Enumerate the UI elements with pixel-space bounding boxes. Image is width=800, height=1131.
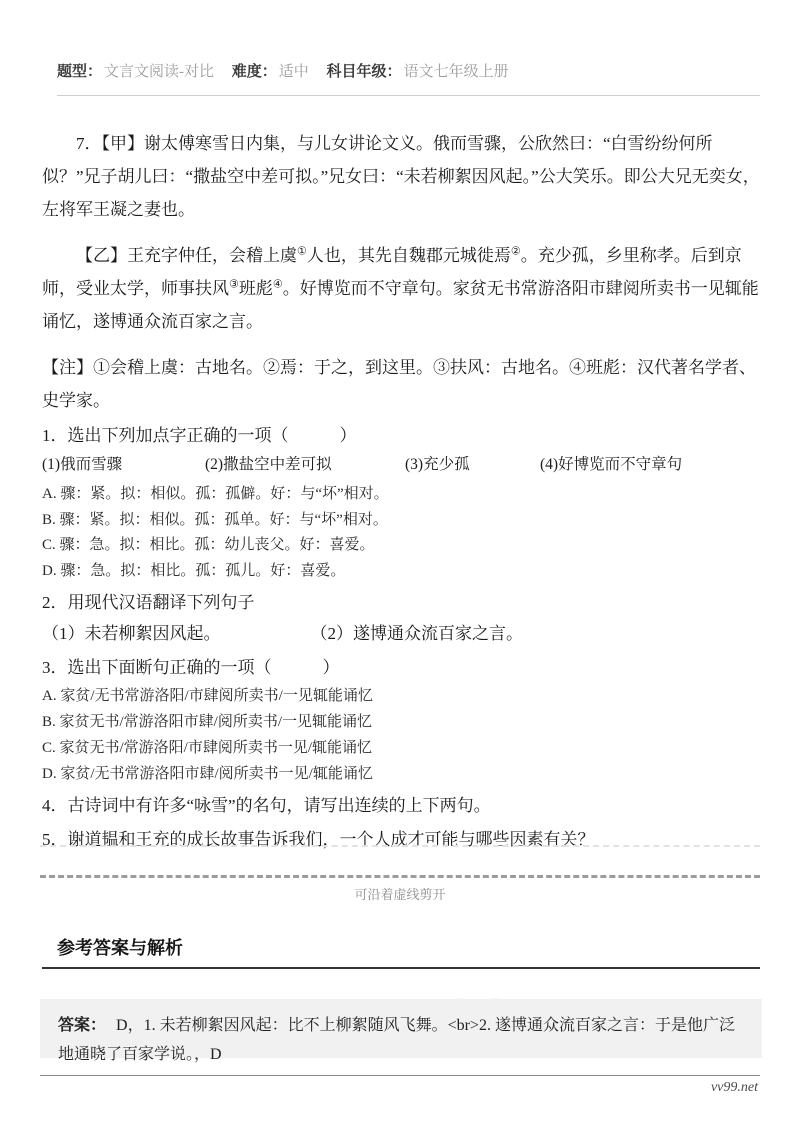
meta-label: 科目年级：: [327, 64, 402, 80]
question-5: 5．谢道韫和王充的成长故事告诉我们，一个人成才可能与哪些因素有关？: [42, 824, 760, 855]
question-2-title: 2．用现代汉语翻译下列句子: [42, 587, 760, 618]
question-1-title: 1．选出下列加点字正确的一项（ ）: [42, 420, 760, 451]
answers-divider: [42, 967, 760, 969]
meta-label: 难度：: [232, 64, 277, 80]
worksheet-page: 题型：文言文阅读-对比 难度：适中 科目年级：语文七年级上册 7．【甲】谢太傅寒…: [0, 0, 800, 1131]
header-divider: [57, 95, 760, 96]
meta-subject-grade: 科目年级：语文七年级上册: [327, 64, 509, 80]
passage-yi-text: 人也，其先自魏郡元城徙焉: [307, 246, 511, 265]
footer-site-name: vv99.net: [711, 1079, 758, 1097]
passage-jia: 7．【甲】谢太傅寒雪日内集，与儿女讲论文义。俄而雪骤，公欣然曰：“白雪纷纷何所似…: [42, 127, 760, 226]
q3-option-d: D. 家贫/无书常游洛阳市肆/阅所卖书一见/辄能诵忆: [42, 761, 760, 787]
footnote-ref-4: ④: [273, 278, 283, 290]
q3-option-a: A. 家贫/无书常游洛阳/市肆阅所卖书/一见辄能诵忆: [42, 683, 760, 709]
q2-sentence-1: （1）未若柳絮因风起。: [42, 618, 221, 649]
question-4: 4．古诗词中有许多“咏雪”的名句，请写出连续的上下两句。: [42, 790, 760, 821]
cut-dashed-line-light: [40, 845, 760, 847]
meta-value: 语文七年级上册: [404, 64, 509, 80]
q1-option-d: D. 骤：急。拟：相比。孤：孤儿。好：喜爱。: [42, 559, 760, 585]
meta-value: 文言文阅读-对比: [104, 64, 214, 80]
question-1-phrases: (1)俄而雪骤 (2)撒盐空中差可拟 (3)充少孤 (4)好博览而不守章句: [42, 451, 760, 479]
meta-value: 适中: [279, 64, 309, 80]
passage-notes: 【注】①会稽上虞：古地名。②焉：于之，到这里。③扶风：古地名。④班彪：汉代著名学…: [42, 351, 760, 417]
q2-sentence-2: （2）遂博通众流百家之言。: [311, 618, 524, 649]
passage-yi: 【乙】王充字仲任，会稽上虞①人也，其先自魏郡元城徙焉②。充少孤，乡里称孝。后到京…: [42, 239, 760, 338]
answer-box: 答案：D，1. 未若柳絮因风起：比不上柳絮随风飞舞。<br>2. 遂博通众流百家…: [40, 999, 762, 1058]
footer-divider: [40, 1075, 760, 1076]
meta-difficulty: 难度：适中: [232, 64, 309, 80]
passage-yi-text: 【乙】王充字仲任，会稽上虞: [76, 246, 297, 265]
question-3-title: 3．选出下面断句正确的一项（ ）: [42, 652, 760, 683]
q1-option-b: B. 骤：紧。拟：相似。孤：孤单。好：与“坏”相对。: [42, 508, 760, 534]
passage-yi-text: 班彪: [239, 279, 273, 298]
question-2-sentences: （1）未若柳絮因风起。 （2）遂博通众流百家之言。: [42, 618, 760, 649]
question-body: 7．【甲】谢太傅寒雪日内集，与儿女讲论文义。俄而雪骤，公欣然曰：“白雪纷纷何所似…: [42, 127, 760, 855]
q3-option-b: B. 家贫无书/常游洛阳市肆/阅所卖书/一见辄能诵忆: [42, 709, 760, 735]
footnote-ref-3: ③: [229, 278, 239, 290]
q1-phrase-1: (1)俄而雪骤: [42, 451, 205, 479]
cut-here-note: 可沿着虚线剪开: [0, 886, 800, 904]
q1-option-a: A. 骤：紧。拟：相似。孤：孤僻。好：与“坏”相对。: [42, 482, 760, 508]
doc-meta-header: 题型：文言文阅读-对比 难度：适中 科目年级：语文七年级上册: [57, 61, 760, 83]
q1-phrase-3: (3)充少孤: [405, 451, 540, 479]
answer-text: D，1. 未若柳絮因风起：比不上柳絮随风飞舞。<br>2. 遂博通众流百家之言：…: [58, 1017, 735, 1063]
meta-question-type: 题型：文言文阅读-对比: [57, 64, 214, 80]
answers-section-title: 参考答案与解析: [57, 936, 183, 960]
q1-option-c: C. 骤：急。拟：相比。孤：幼儿丧父。好：喜爱。: [42, 533, 760, 559]
answer-label: 答案：: [58, 1017, 106, 1034]
cut-dashed-line-dark: [40, 875, 760, 878]
q1-phrase-4: (4)好博览而不守章句: [540, 451, 760, 479]
q1-phrase-2: (2)撒盐空中差可拟: [205, 451, 405, 479]
footnote-ref-2: ②: [511, 245, 521, 257]
footnote-ref-1: ①: [297, 245, 307, 257]
meta-label: 题型：: [57, 64, 102, 80]
q3-option-c: C. 家贫无书/常游洛阳/市肆阅所卖书一见/辄能诵忆: [42, 735, 760, 761]
